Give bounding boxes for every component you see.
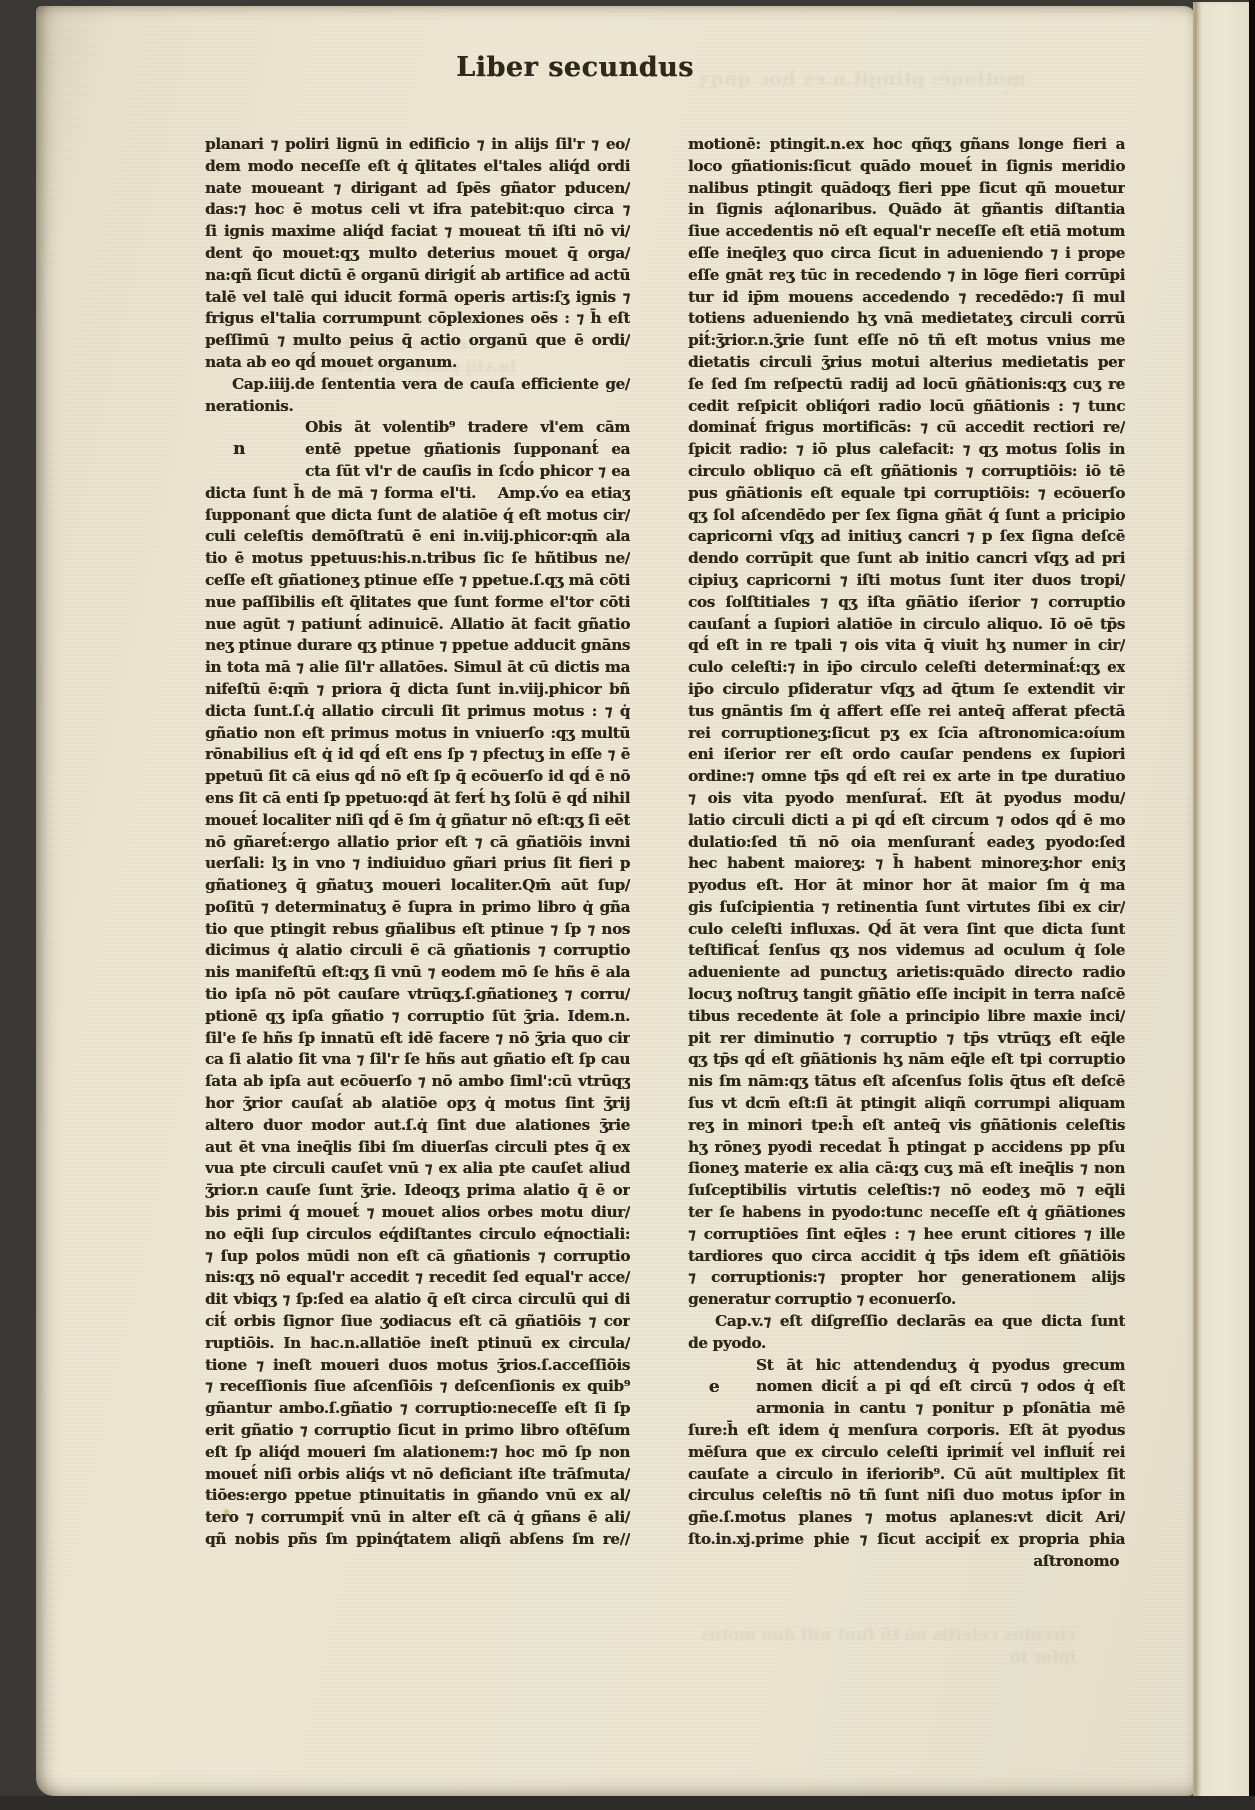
text-line: dicta ſunt h̄ de mā ⁊ forma el'ti. Amp.v…	[205, 483, 630, 505]
text-line: ſto.in.xj.prime phie ⁊ ſicut accipit́ ex…	[688, 1529, 1125, 1551]
text-line: hʒ rōneʒ pyodi recedat h̄ ptingat p acci…	[688, 1137, 1125, 1159]
text-line: gñationeʒ q̄ gñatuʒ moueri localiter.Qm̄…	[205, 875, 630, 897]
text-line: altero duor modor aut.ſ.q̇ ſint due alat…	[205, 1115, 630, 1137]
text-line: cipiuʒ capricorni ⁊ iſti motus ſunt iter…	[688, 570, 1125, 592]
guide-letter-left: n	[229, 439, 249, 459]
scanner-bed-bottom-band	[0, 1796, 1255, 1810]
text-line: generatur corruptio ⁊ econuerſo.	[688, 1289, 1125, 1311]
text-line: tibus recedente āt ſole a principio libr…	[688, 1006, 1125, 1028]
text-line: pyodus eſt. Hor āt minor hor āt maior ſm…	[688, 875, 1125, 897]
text-line: ſpicit radio: ⁊ iō plus calefacit: ⁊ qʒ …	[688, 439, 1125, 461]
text-line: ſupponant́ que dicta ſunt de alatiōe q́ …	[205, 505, 630, 527]
text-line: nō gñaret́:ergo allatio prior eſt ⁊ cā g…	[205, 832, 630, 854]
text-line: tero ⁊ corrumpit́ vnū in alter eſt cā q̇…	[205, 1507, 630, 1529]
text-line: cit́ orbis ſignor ſiue ʒodiacus eſt cā g…	[205, 1311, 630, 1333]
text-line: culo celeſti influxas. Qd́ āt vera ſint …	[688, 919, 1125, 941]
text-line: entē ppetue gñationis ſupponant́ ea que …	[205, 439, 630, 461]
text-line: locuʒ noſtruʒ tangit gñātio eſſe incipit…	[688, 984, 1125, 1006]
text-line: hec habent maioreʒ: ⁊ h̄ habent minoreʒ:…	[688, 853, 1125, 875]
text-line: reʒ in minori tpe:h̄ eſt anteq̄ vis gñāt…	[688, 1115, 1125, 1137]
text-line: dendo corrūpit que ſunt ab initio cancri…	[688, 548, 1125, 570]
text-line: St āt hic attendenduʒ q̇ pyodus grecum	[688, 1355, 1125, 1377]
text-line: teſtificat́ ſenſus qʒ nos videmus ad ocu…	[688, 940, 1125, 962]
text-line: bis primi q́ mouet́ ⁊ mouet alios orbes …	[205, 1202, 630, 1224]
text-line: nue agūt ⁊ patiunt́ adinuicē. Allatio āt…	[205, 614, 630, 636]
text-line: dietatis circuli ʒ̄rius motui alterius m…	[688, 352, 1125, 374]
text-line: rei corruptioneʒ:ſicut pʒ ex ſcīa aſtron…	[688, 723, 1125, 745]
text-line: pit́:ʒ̄rior.n.ʒ̄rie ſunt eſſe nō tñ eſt …	[688, 330, 1125, 352]
text-line: nue paſſibilis eſt q̄litates que ſunt fo…	[205, 592, 630, 614]
text-line: ca ſi alatio ſit vna ⁊ ſil'r ſe hñs aut …	[205, 1049, 630, 1071]
text-line: dominat́ frigus mortificās: ⁊ cū accedit…	[688, 417, 1125, 439]
text-line: gñatio non eſt primus motus in vniuerſo …	[205, 723, 630, 745]
text-line: nomen dicit́ a pi qd́ eſt circū ⁊ odos q…	[688, 1376, 1125, 1398]
scanner-bed-right-band	[1249, 0, 1255, 1810]
book-page: motionē: ptingit.n.ex hoc qñqʒ gñans lon…	[36, 6, 1196, 1796]
text-line: gñe.ſ.motus planes ⁊ motus aplanes:vt di…	[688, 1507, 1125, 1529]
text-line: eſt ſp aliq́d moueri ſm alationem:⁊ hoc …	[205, 1442, 630, 1464]
text-line: ⁊ ois vita pyodo menſurat́. Eſt āt pyodu…	[688, 788, 1125, 810]
text-line: gis ſuſcipientia ⁊ retinentia ſunt virtu…	[688, 897, 1125, 919]
text-line: ſure:h̄ eſt idem q̇ menſura corporis. Eſ…	[688, 1420, 1125, 1442]
text-line: ſuſceptibilis virtutis celeſtis:⁊ nō eod…	[688, 1180, 1125, 1202]
text-line: dit vbiqʒ ⁊ ſp:ſed ea alatio q̄ eſt circ…	[205, 1289, 630, 1311]
text-line: tiōes:ergo ppetue ptinuitatis in gñando …	[205, 1485, 630, 1507]
text-line: dicimus q̇ alatio circuli ē cā gñationis…	[205, 940, 630, 962]
text-line: na:qñ ſicut dictū ē organū dirigit́ ab a…	[205, 265, 630, 287]
text-line: eſſe gnāt reʒ tūc in recedendo ⁊ in lōge…	[688, 265, 1125, 287]
text-line: nis:qʒ nō equal'r accedit ⁊ recedit ſed …	[205, 1267, 630, 1289]
text-line: mēſura que ex circulo celeſti iprimit́ v…	[688, 1442, 1125, 1464]
text-line: gñantur ambo.ſ.gñatio ⁊ corruptio:neceſſ…	[205, 1398, 630, 1420]
text-line: ⁊ ſup polos mūdi non eſt cā gñationis ⁊ …	[205, 1246, 630, 1268]
text-line: pus gñātionis eſt equale tpi corruptiōis…	[688, 483, 1125, 505]
text-line: mouet́ niſi orbis aliq́s vt nō deficiant…	[205, 1464, 630, 1486]
text-line: erit gñatio ⁊ corruptio ſicut in primo l…	[205, 1420, 630, 1442]
fore-edge-of-leaves	[1193, 2, 1253, 1800]
fox-spot-stain	[222, 1508, 231, 1516]
text-line: latio circuli dicti a pi qd́ eſt circum …	[688, 810, 1125, 832]
text-line: ſe ſed ſm reſpectū radij ad locū gñātion…	[688, 374, 1125, 396]
text-line: no eq̄li ſup circulos eq́diſtantes circu…	[205, 1224, 630, 1246]
text-line: totiens adueniendo hʒ vnā medietateʒ cir…	[688, 308, 1125, 330]
text-line: cos ſolſtitiales ⁊ qʒ iſta gñātio iſerio…	[688, 592, 1125, 614]
text-line: ter ſe habens in pyodo:tunc neceſſe eſt …	[688, 1202, 1125, 1224]
text-line: adueniente ad punctuʒ arietis:quādo dire…	[688, 962, 1125, 984]
text-line: nis ſm nām:qʒ tātus eſt aſcenſus ſolis q…	[688, 1071, 1125, 1093]
text-line: tus gnāntis ſm q̇ affert eſſe rei anteq̄…	[688, 701, 1125, 723]
text-line: ppetuū ſit cā eius qd́ nō eſt ſp q̄ ecōu…	[205, 766, 630, 788]
showthrough-text: circulus celeſtis nō tñ ſunt niſi duo mo…	[676, 1624, 1076, 1690]
text-line: cauſant́ a ſupiori alatiōe in circulo al…	[688, 614, 1125, 636]
text-line: de pyodo.	[688, 1333, 1125, 1355]
text-line: uerſali: lʒ in vno ⁊ indiuiduo gñari pri…	[205, 853, 630, 875]
text-line: qʒ ſol aſcendēdo per ſex ſigna gñāt q́ ſ…	[688, 505, 1125, 527]
text-line: circulo obliquo cā eſt gñātionis ⁊ corru…	[688, 461, 1125, 483]
text-line: ⁊ corruptiōes ſint eq̄les : ⁊ hee erunt …	[688, 1224, 1125, 1246]
text-line: capricorni vſqʒ ad initiuʒ cancri ⁊ p ſe…	[688, 526, 1125, 548]
text-line: circulus celeſtis nō tñ ſunt niſi duo mo…	[688, 1485, 1125, 1507]
text-line: dicta ſunt.ſ.q̇ allatio circuli ſit prim…	[205, 701, 630, 723]
text-line: nata ab eo qd́ mouet organum.	[205, 352, 630, 374]
text-line: culi celeſtis demōſtratū ē eni in.viij.p…	[205, 526, 630, 548]
text-line: cauſate a circulo in iferiorib⁹. Cū aūt …	[688, 1464, 1125, 1486]
text-line: ⁊ receſſionis ſiue aſcenſiōis ⁊ deſcenſi…	[205, 1376, 630, 1398]
text-line: cedit reſpicit obliq́ori radio locū gñāt…	[688, 396, 1125, 418]
text-line: in ſignis aq́lonaribus. Quādo āt gñantis…	[688, 199, 1125, 221]
text-line: hor ʒ̄rior cauſat́ ab alatiōe opʒ q̇ mot…	[205, 1093, 630, 1115]
text-line: dulatio:ſed tñ nō oia menſurant́ eadeʒ p…	[688, 832, 1125, 854]
text-line: tur id ip̄m mouens accedendo ⁊ recedēdo:…	[688, 287, 1125, 309]
text-line: ip̄o circulo pſideratur vſqʒ ad q̄tum ſe…	[688, 679, 1125, 701]
text-line: ⁊ corruptionis:⁊ propter hor generatione…	[688, 1267, 1125, 1289]
text-line: ordine:⁊ omne tp̄s qd́ eſt rei ex arte i…	[688, 766, 1125, 788]
text-line: nate moueant ⁊ dirigant ad ſpēs gñator p…	[205, 178, 630, 200]
text-line: ens ſit cā enti ſp ppetuo:qd́ āt fert́ h…	[205, 788, 630, 810]
text-line: das:⁊ hoc ē motus celi vt ifra patebit:q…	[205, 199, 630, 221]
text-line: in tota mā ⁊ alie ſil'r allatōes. Simul …	[205, 657, 630, 679]
page-header-title: Liber secundus	[425, 52, 725, 83]
text-line: eni iſerior rer eſt ordo cauſar pendens …	[688, 744, 1125, 766]
text-line: poſitū ⁊ determinatuʒ ē ſupra in primo l…	[205, 897, 630, 919]
catchword-line: aſtronomo	[688, 1551, 1125, 1573]
text-line: tardiores quo circa accidit q̇ tp̄s idem…	[688, 1246, 1125, 1268]
text-line: tio ē motus ppetuus:his.n.tribus ſic ſe …	[205, 548, 630, 570]
text-line: frigus el'talia corrumpunt cōplexiones o…	[205, 308, 630, 330]
text-line: rōnabilius eſt q̇ id qd́ eſt ens ſp ⁊ pf…	[205, 744, 630, 766]
text-line: armonia in cantu ⁊ ponitur p pſonātia mē	[688, 1398, 1125, 1420]
chapter-heading-line: Cap.iiij.de ſententia vera de cauſa effi…	[205, 374, 630, 396]
text-line: tione ⁊ ineſt moueri duos motus ʒ̄rios.ſ…	[205, 1355, 630, 1377]
text-line: ſil'e ſe hñs ſp innatū eſt idē facere ⁊ …	[205, 1028, 630, 1050]
text-line: tio ipſa nō pōt cauſare vtrūqʒ.ſ.gñation…	[205, 984, 630, 1006]
text-column-right: e motionē: ptingit.n.ex hoc qñqʒ gñans l…	[688, 134, 1125, 1573]
text-line: ſioneʒ materie ex alia cā:qʒ cuʒ mā eſt …	[688, 1158, 1125, 1180]
text-line: pit rer diminutio ⁊ corruptio ⁊ tp̄s vtr…	[688, 1028, 1125, 1050]
text-line: nerationis.	[205, 396, 630, 418]
text-line: ʒ̄rior.n cauſe ſunt ʒ̄rie. Ideoqʒ prima …	[205, 1180, 630, 1202]
text-line: nis manifeſtū eſt:qʒ ſi vnū ⁊ eodem mō ſ…	[205, 962, 630, 984]
text-line: talē vel talē qui iducit formā operis ar…	[205, 287, 630, 309]
text-line: aut ēt vna ineq̄lis ſibi ſm diuerſas cir…	[205, 1137, 630, 1159]
text-line: dem modo neceſſe eſt q̇ q̄litates el'tal…	[205, 156, 630, 178]
text-line: qʒ tp̄s qd́ eſt gñātionis hʒ nām eq̄le e…	[688, 1049, 1125, 1071]
text-line: Obis āt volentib⁹ tradere vl'em cām effi…	[205, 417, 630, 439]
guide-letter-right: e	[704, 1377, 724, 1397]
text-line: ruptiōis. In hac.n.allatiōe ineſt ptinuū…	[205, 1333, 630, 1355]
text-line: ſiue accedentis nō eſt equal'r neceſſe e…	[688, 221, 1125, 243]
text-line: cta ſūt vl'r de cauſis in ſcd́o phicor ⁊…	[205, 461, 630, 483]
text-line: loco gñationis:ſicut quādo mouet́ in ſig…	[688, 156, 1125, 178]
chapter-heading-line: Cap.v.⁊ eſt diſgreſſio declarās ea que d…	[688, 1311, 1125, 1333]
text-line: eſſe ineq̄leʒ quo circa ſicut in aduenie…	[688, 243, 1125, 265]
text-line: nalibus ptingit quādoqʒ fieri ppe ſicut …	[688, 178, 1125, 200]
text-line: peſſimū ⁊ multo peius q̄ actio organū qu…	[205, 330, 630, 352]
text-line: dent q̄o mouet:qʒ multo deterius mouet q…	[205, 243, 630, 265]
text-line: ſi ignis maxime aliq́d faciat ⁊ moueat t…	[205, 221, 630, 243]
scan-background: { "header": { "title": "Liber secundus" …	[0, 0, 1255, 1810]
text-line: nifeſtū ē:qm̄ ⁊ priora q̄ dicta ſunt in.…	[205, 679, 630, 701]
text-line: qd́ eſt in re tpali ⁊ ois vita q̄ viuit …	[688, 635, 1125, 657]
text-line: ſata ab ipſa aut ecōuerſo ⁊ nō ambo ſiml…	[205, 1071, 630, 1093]
text-line: qñ nobis pñs ſm ppinq́tatem aliqñ abſens…	[205, 1529, 630, 1551]
text-line: mouet́ localiter niſi qd́ ē ſm q̇ gñatur…	[205, 810, 630, 832]
text-line: ſus vt dcm̄ eſt:ſi āt ptingit aliqñ corr…	[688, 1093, 1125, 1115]
text-column-left: n planari ⁊ poliri lignū in edificio ⁊ i…	[205, 134, 630, 1551]
text-line: planari ⁊ poliri lignū in edificio ⁊ in …	[205, 134, 630, 156]
text-line: ptionē qʒ ipſa gñatio ⁊ corruptio ſūt ʒ̄…	[205, 1006, 630, 1028]
text-line: vua pte circuli cauſet vnū ⁊ ex alia pte…	[205, 1158, 630, 1180]
text-line: ceſſe eſt gñationeʒ ptinue eſſe ⁊ ppetue…	[205, 570, 630, 592]
text-line: motionē: ptingit.n.ex hoc qñqʒ gñans lon…	[688, 134, 1125, 156]
text-line: culo celeſti:⁊ in ip̄o circulo celeſti d…	[688, 657, 1125, 679]
text-line: neʒ ptinue durare qʒ ptinue ⁊ ppetue add…	[205, 635, 630, 657]
text-line: tio que ptingit rebus gñalibus eſt ptinu…	[205, 919, 630, 941]
